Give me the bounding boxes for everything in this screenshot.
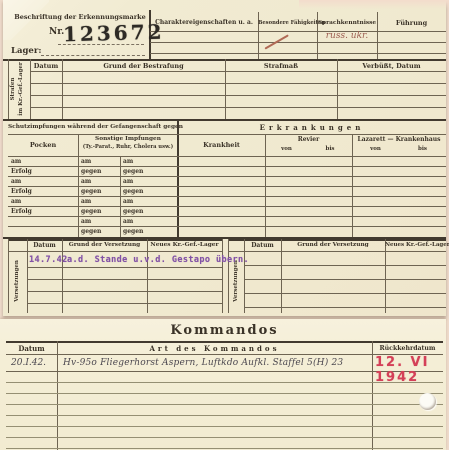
strafen-side-label-line2: im Kr.-Gef.-Lager <box>17 61 25 117</box>
lazarett-von-label: von <box>352 146 399 152</box>
rule <box>244 265 446 266</box>
rule <box>8 134 446 135</box>
rule <box>150 31 446 32</box>
kdo-col-rueckkehr: Rückkehrdatum <box>372 345 443 352</box>
vers-right-col-neues: Neues Kr.-Gef.-Lager <box>385 242 446 248</box>
rule <box>3 119 446 121</box>
lager-label: Lager: <box>11 46 41 56</box>
rule <box>6 426 443 427</box>
rule <box>27 291 222 292</box>
impf-row-cell: gegen <box>123 228 143 235</box>
versetzungen-left-side-label: Versetzungen <box>9 252 25 310</box>
impf-row-cell: am <box>11 158 21 165</box>
rule <box>30 95 446 96</box>
impf-row-cell: gegen <box>81 168 101 175</box>
rule <box>27 303 222 304</box>
return-date-stamp: 12. VI 1942 <box>375 355 449 385</box>
strafen-side-label-line1: Strafen <box>9 61 17 117</box>
rule <box>6 448 443 449</box>
rule <box>8 206 446 207</box>
impf-row-cell: gegen <box>123 188 143 195</box>
impf-row-cell: am <box>123 158 133 165</box>
revier-bis-label: bis <box>308 146 352 152</box>
impf-row-cell: Erfolg <box>11 208 32 215</box>
rule <box>27 267 222 268</box>
impf-row-cell: am <box>81 178 91 185</box>
kommandos-title: Kommandos <box>0 323 449 338</box>
rule <box>222 239 223 313</box>
kdo-col-datum: Datum <box>6 344 57 353</box>
lager-dashed-line <box>41 55 145 56</box>
prisoner-number-stamp: 123672 <box>63 20 165 47</box>
strafen-col-verbuesst: Verbüßt, Datum <box>337 62 446 70</box>
rule <box>27 279 222 280</box>
strafen-side-label: Strafen im Kr.-Gef.-Lager <box>9 61 31 117</box>
rule <box>8 226 446 227</box>
vers-left-col-grund: Grund der Versetzung <box>62 242 147 248</box>
rule <box>8 176 446 177</box>
kdo-col-art: Art des Kommandos <box>57 344 372 353</box>
impf-row-cell: am <box>11 178 21 185</box>
rule <box>244 307 446 308</box>
rule <box>6 341 443 343</box>
erkrankungen-header: Erkrankungen <box>178 123 446 132</box>
sprachkenntnisse-handwriting: russ. ukr. <box>318 31 376 41</box>
strafen-col-strafmass: Strafmaß <box>225 62 337 70</box>
rule <box>228 251 446 252</box>
strafen-col-grund: Grund der Bestrafung <box>62 62 225 70</box>
impf-row-cell: am <box>123 178 133 185</box>
vers-left-col-datum: Datum <box>27 242 62 249</box>
impf-row-cell: am <box>81 218 91 225</box>
impfungen-col-sonstige-1: Sonstige Impfungen <box>78 136 178 142</box>
kdo-entry-date-handwriting: 20.I.42. <box>11 358 46 368</box>
impfungen-col-sonstige-2: (Ty.-Parat., Ruhr, Cholera usw.) <box>78 144 178 150</box>
rule <box>30 71 446 72</box>
impf-row-cell: am <box>81 198 91 205</box>
rule <box>244 293 446 294</box>
traits-col-faehigkeiten: Besondere Fähigkeiten <box>258 20 317 26</box>
impf-row-cell: gegen <box>81 228 101 235</box>
vers-right-col-grund: Grund der Versetzung <box>281 242 385 248</box>
impf-row-cell: am <box>123 218 133 225</box>
impfungen-header: Schutzimpfungen während der Gefangenscha… <box>8 124 178 130</box>
impf-row-cell: Erfolg <box>11 168 32 175</box>
rule <box>8 166 446 167</box>
rule <box>8 196 446 197</box>
rule <box>244 279 446 280</box>
scan-edge-tint <box>299 0 449 9</box>
rule <box>8 239 222 241</box>
rule <box>8 186 446 187</box>
impf-row-cell: gegen <box>123 208 143 215</box>
rule <box>6 404 443 405</box>
rule <box>6 415 443 416</box>
impf-row-cell: am <box>81 158 91 165</box>
hole-punch <box>419 393 436 410</box>
traits-col-charakter: Charaktereigenschaften u. a. <box>150 19 258 26</box>
rule <box>6 437 443 438</box>
lazarett-bis-label: bis <box>399 146 446 152</box>
gestapo-stamp-date: 14.7.42 <box>29 255 68 265</box>
upper-card-paper <box>3 0 446 316</box>
impf-row-cell: Erfolg <box>11 188 32 195</box>
rule <box>150 42 446 43</box>
pow-record-card-scan: Beschriftung der Erkennungsmarke Nr. 123… <box>0 0 449 450</box>
impf-row-cell: gegen <box>81 188 101 195</box>
impfungen-col-pocken: Pocken <box>8 141 78 149</box>
rule <box>57 341 58 450</box>
rule <box>8 251 222 252</box>
rule <box>8 156 446 157</box>
strafen-col-datum: Datum <box>30 62 62 70</box>
impf-row-cell: am <box>11 198 21 205</box>
rule <box>30 107 446 108</box>
traits-col-sprachen: Sprachkenntnisse <box>317 20 377 26</box>
rule <box>8 216 446 217</box>
rule <box>228 239 446 241</box>
erkrankungen-col-revier: Revier <box>265 136 352 143</box>
kdo-entry-text-handwriting: Hv-95o Fliegerhorst Aspern, Luftkdo Aufk… <box>63 358 343 368</box>
gestapo-stamp-text: a.d. Stande u.v.d. Gestapo übern. <box>67 255 249 265</box>
vers-left-col-neues: Neues Kr.-Gef.-Lager <box>147 242 222 248</box>
rule <box>6 393 443 394</box>
erkrankungen-col-krankheit: Krankheit <box>178 141 265 149</box>
traits-col-fuehrung: Führung <box>377 19 446 27</box>
vers-right-col-datum: Datum <box>244 242 281 249</box>
impf-row-cell: am <box>123 198 133 205</box>
rule <box>30 83 446 84</box>
rule <box>372 341 373 450</box>
rule <box>150 53 446 54</box>
erkrankungen-col-lazarett: Lazarett — Krankenhaus <box>352 136 446 143</box>
revier-von-label: von <box>265 146 308 152</box>
versetzungen-left-side-label-text: Versetzungen <box>9 252 25 310</box>
impf-row-cell: gegen <box>81 208 101 215</box>
impf-row-cell: gegen <box>123 168 143 175</box>
